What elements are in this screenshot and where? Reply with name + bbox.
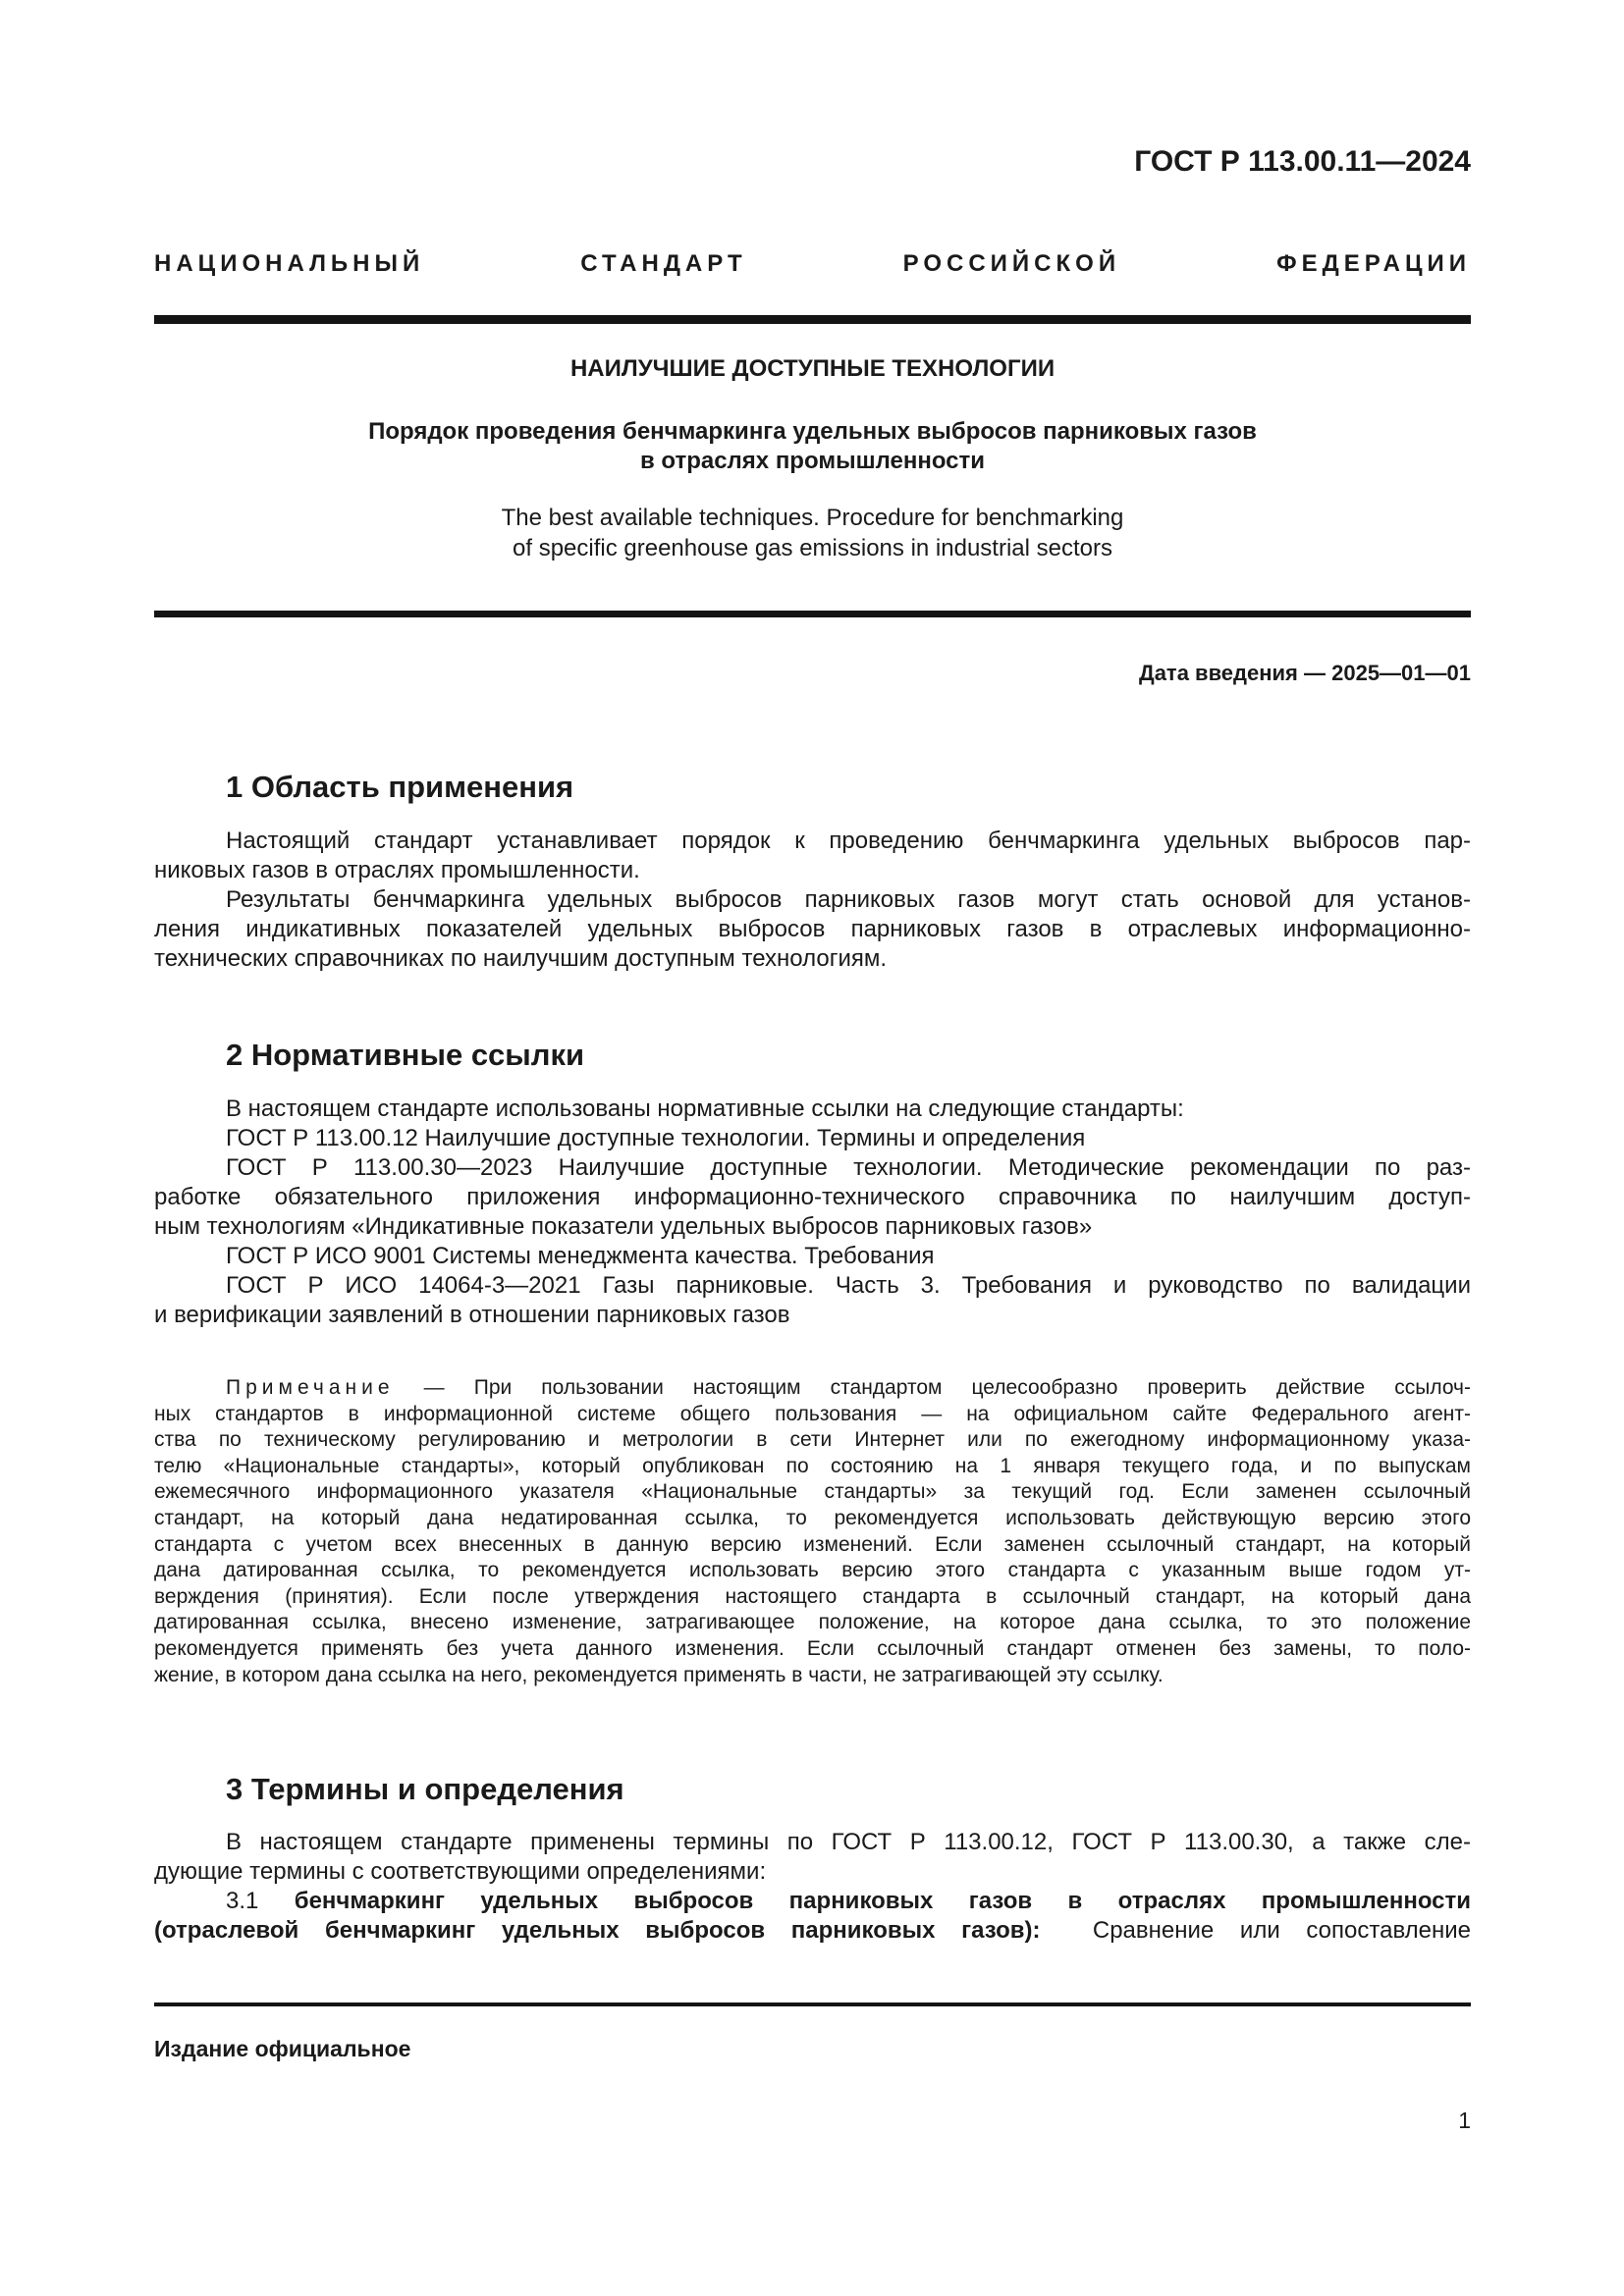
subtitle-ru-line-2: в отраслях промышленности bbox=[154, 447, 1471, 476]
note-line: стандарт, на который дана недатированная… bbox=[154, 1506, 1471, 1532]
subtitle-en-line-1: The best available techniques. Procedure… bbox=[154, 503, 1471, 533]
top-rule bbox=[154, 315, 1471, 324]
national-standard-banner: НАЦИОНАЛЬНЫЙ СТАНДАРТ РОССИЙСКОЙ ФЕДЕРАЦ… bbox=[154, 250, 1471, 278]
subtitle-en-line-2: of specific greenhouse gas emissions in … bbox=[154, 533, 1471, 563]
note-line: рекомендуется применять без учета данног… bbox=[154, 1636, 1471, 1663]
note-label: Примечание bbox=[226, 1376, 395, 1399]
reference-gost-iso-14064-3: ГОСТ Р ИСО 14064-3—2021 Газы парниковые.… bbox=[154, 1271, 1471, 1301]
text-line: Настоящий стандарт устанавливает порядок… bbox=[154, 827, 1471, 856]
section-2-body: В настоящем стандарте использованы норма… bbox=[154, 1095, 1471, 1330]
note-line: дана датированная ссылка, то рекомендует… bbox=[154, 1558, 1471, 1584]
note-line: Примечание — При пользовании настоящим с… bbox=[154, 1375, 1471, 1402]
term-number: 3.1 bbox=[226, 1888, 295, 1914]
page-number: 1 bbox=[1458, 2108, 1471, 2134]
reference-gost-113-00-12: ГОСТ Р 113.00.12 Наилучшие доступные тех… bbox=[154, 1124, 1471, 1153]
section-3-heading: 3 Термины и определения bbox=[226, 1772, 624, 1807]
section-1-body: Настоящий стандарт устанавливает порядок… bbox=[154, 827, 1471, 974]
text-line: В настоящем стандарте использованы норма… bbox=[154, 1095, 1471, 1124]
term-definition: Сравнение или сопоставление bbox=[1041, 1917, 1471, 1944]
text-line: ления индикативных показателей удельных … bbox=[154, 915, 1471, 944]
text-line: работке обязательного приложения информа… bbox=[154, 1183, 1471, 1212]
text-line: дующие термины с соответствующими опреде… bbox=[154, 1857, 1471, 1887]
text-line: В настоящем стандарте применены термины … bbox=[154, 1828, 1471, 1857]
text-line: технических справочниках по наилучшим до… bbox=[154, 944, 1471, 974]
note-line: датированная ссылка, внесено изменение, … bbox=[154, 1610, 1471, 1636]
note-line: стандарта с учетом всех внесенных в данн… bbox=[154, 1532, 1471, 1559]
note-line: ежемесячного информационного указателя «… bbox=[154, 1479, 1471, 1506]
reference-gost-iso-9001: ГОСТ Р ИСО 9001 Системы менеджмента каче… bbox=[154, 1242, 1471, 1271]
footer-rule bbox=[154, 2002, 1471, 2006]
text-line: ным технологиям «Индикативные показатели… bbox=[154, 1212, 1471, 1242]
section-1-heading: 1 Область применения bbox=[226, 770, 573, 805]
document-code: ГОСТ Р 113.00.11—2024 bbox=[1134, 145, 1471, 179]
note-line: ных стандартов в информационной системе … bbox=[154, 1402, 1471, 1428]
text-line: Результаты бенчмаркинга удельных выбросо… bbox=[154, 885, 1471, 915]
section-3-body: В настоящем стандарте применены термины … bbox=[154, 1828, 1471, 1946]
effective-date: Дата введения — 2025—01—01 bbox=[1139, 661, 1471, 686]
subtitle-ru-line-1: Порядок проведения бенчмаркинга удельных… bbox=[154, 417, 1471, 447]
document-title: НАИЛУЧШИЕ ДОСТУПНЫЕ ТЕХНОЛОГИИ bbox=[154, 355, 1471, 383]
term-synonym: (отраслевой бенчмаркинг удельных выбросо… bbox=[154, 1917, 1041, 1944]
note-line: телю «Национальные стандарты», который о… bbox=[154, 1454, 1471, 1480]
note-line: верждения (принятия). Если после утвержд… bbox=[154, 1584, 1471, 1611]
national-standard-text: НАЦИОНАЛЬНЫЙ СТАНДАРТ РОССИЙСКОЙ ФЕДЕРАЦ… bbox=[154, 250, 1471, 277]
term-name: бенчмаркинг удельных выбросов парниковых… bbox=[295, 1888, 1471, 1914]
text-line: никовых газов в отраслях промышленности. bbox=[154, 856, 1471, 885]
official-edition-label: Издание официальное bbox=[154, 2036, 410, 2062]
text-line: и верификации заявлений в отношении парн… bbox=[154, 1301, 1471, 1330]
note-line: жение, в котором дана ссылка на него, ре… bbox=[154, 1663, 1471, 1689]
title-rule bbox=[154, 611, 1471, 617]
note-block: Примечание — При пользовании настоящим с… bbox=[154, 1375, 1471, 1688]
term-3-1-line-1: 3.1 бенчмаркинг удельных выбросов парник… bbox=[154, 1887, 1471, 1916]
reference-gost-113-00-30: ГОСТ Р 113.00.30—2023 Наилучшие доступны… bbox=[154, 1153, 1471, 1183]
note-line: ства по техническому регулированию и мет… bbox=[154, 1427, 1471, 1454]
term-3-1-line-2: (отраслевой бенчмаркинг удельных выбросо… bbox=[154, 1916, 1471, 1946]
section-2-heading: 2 Нормативные ссылки bbox=[226, 1038, 584, 1073]
note-text: — При пользовании настоящим стандартом ц… bbox=[395, 1376, 1471, 1399]
